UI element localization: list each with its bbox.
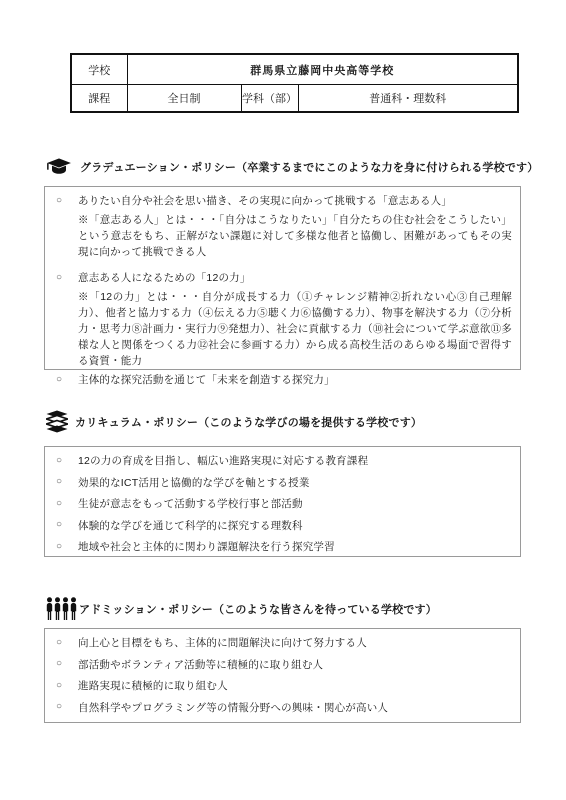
circle-bullet: ○ (56, 193, 78, 209)
policy-item: ○ 部活動やボランティア活動等に積極的に取り組む人 (45, 654, 520, 676)
policy-item-text: 自然科学やプログラミング等の情報分野への興味・関心が高い人 (78, 700, 388, 715)
curriculum-policy-heading: カリキュラム・ポリシー（このような学びの場を提供する学校です） (46, 410, 422, 434)
policy-item-text: 部活動やボランティア活動等に積極的に取り組む人 (78, 657, 323, 672)
policy-item-note: ※「意志ある人」とは・・・「自分はこうなりたい」「自分たちの住む社会をこうしたい… (78, 212, 512, 260)
school-policy-document: 学校 群馬県立藤岡中央高等学校 課程 全日制 学科（部） 普通科・理数科 グラデ… (0, 0, 566, 800)
course-value-cell: 全日制 (127, 85, 241, 113)
graduation-cap-icon (46, 158, 72, 175)
books-icon (46, 410, 68, 434)
department-value-cell: 普通科・理数科 (298, 85, 518, 113)
policy-item: ○ 体験的な学びを通じて科学的に探究する理数科 (45, 515, 520, 537)
policy-item-text: 向上心と目標をもち、主体的に問題解決に向けて努力する人 (78, 635, 367, 650)
policy-item: ○ 効果的なICT活用と協働的な学びを軸とする授業 (45, 472, 520, 494)
school-info-table: 学校 群馬県立藤岡中央高等学校 課程 全日制 学科（部） 普通科・理数科 (70, 53, 519, 113)
policy-item: ○ 意志ある人になるための「12の力」 (45, 270, 520, 286)
circle-bullet: ○ (56, 270, 78, 286)
graduation-policy-box: ○ ありたい自分や社会を思い描き、その実現に向かって挑戦する「意志ある人」 ※「… (44, 186, 521, 370)
school-name-cell: 群馬県立藤岡中央高等学校 (127, 54, 518, 85)
policy-item-text: 意志ある人になるための「12の力」 (78, 270, 251, 286)
policy-item-text: ありたい自分や社会を思い描き、その実現に向かって挑戦する「意志ある人」 (78, 193, 452, 209)
section-title: アドミッション・ポリシー（このような皆さんを待っている学校です） (79, 601, 437, 617)
circle-bullet: ○ (56, 635, 78, 651)
curriculum-policy-box: ○ 12の力の育成を目指し、幅広い進路実現に対応する教育課程 ○ 効果的なICT… (44, 446, 521, 557)
graduation-policy-heading: グラデュエーション・ポリシー（卒業するまでにこのような力を身に付けられる学校です… (46, 158, 538, 175)
policy-item: ○ ありたい自分や社会を思い描き、その実現に向かって挑戦する「意志ある人」 (45, 193, 520, 209)
policy-item-text: 12の力の育成を目指し、幅広い進路実現に対応する教育課程 (78, 453, 368, 468)
people-icon (46, 597, 77, 621)
policy-item: ○ 自然科学やプログラミング等の情報分野への興味・関心が高い人 (45, 697, 520, 719)
policy-item: ○ 主体的な探究活動を通じて「未来を創造する探究力」 (45, 372, 520, 388)
policy-item: ○ 地域や社会と主体的に関わり課題解決を行う探究学習 (45, 536, 520, 558)
policy-item-text: 主体的な探究活動を通じて「未来を創造する探究力」 (78, 372, 335, 388)
circle-bullet: ○ (56, 474, 78, 490)
policy-item-note: ※「12の力」とは・・・自分が成長する力（①チャレンジ精神②折れない心③自己理解… (78, 289, 512, 369)
department-label-cell: 学科（部） (241, 85, 298, 113)
circle-bullet: ○ (56, 517, 78, 533)
course-label-cell: 課程 (71, 85, 127, 113)
policy-item-text: 効果的なICT活用と協働的な学びを軸とする授業 (78, 475, 310, 490)
circle-bullet: ○ (56, 372, 78, 388)
policy-item-text: 進路実現に積極的に取り組む人 (78, 678, 228, 693)
admission-policy-heading: アドミッション・ポリシー（このような皆さんを待っている学校です） (46, 597, 437, 621)
circle-bullet: ○ (56, 678, 78, 694)
table-row: 課程 全日制 学科（部） 普通科・理数科 (71, 85, 518, 113)
policy-item-text: 地域や社会と主体的に関わり課題解決を行う探究学習 (78, 539, 335, 554)
table-row: 学校 群馬県立藤岡中央高等学校 (71, 54, 518, 85)
policy-item: ○ 生徒が意志をもって活動する学校行事と部活動 (45, 493, 520, 515)
policy-item: ○ 12の力の育成を目指し、幅広い進路実現に対応する教育課程 (45, 450, 520, 472)
policy-item: ○ 向上心と目標をもち、主体的に問題解決に向けて努力する人 (45, 632, 520, 654)
circle-bullet: ○ (56, 496, 78, 512)
policy-item-text: 生徒が意志をもって活動する学校行事と部活動 (78, 496, 303, 511)
circle-bullet: ○ (56, 656, 78, 672)
circle-bullet: ○ (56, 539, 78, 555)
admission-policy-box: ○ 向上心と目標をもち、主体的に問題解決に向けて努力する人 ○ 部活動やボランテ… (44, 628, 521, 723)
circle-bullet: ○ (56, 699, 78, 715)
school-label-cell: 学校 (71, 54, 127, 85)
policy-item: ○ 進路実現に積極的に取り組む人 (45, 675, 520, 697)
section-title: グラデュエーション・ポリシー（卒業するまでにこのような力を身に付けられる学校です… (80, 159, 538, 175)
section-title: カリキュラム・ポリシー（このような学びの場を提供する学校です） (75, 414, 422, 430)
policy-item-text: 体験的な学びを通じて科学的に探究する理数科 (78, 518, 303, 533)
circle-bullet: ○ (56, 453, 78, 469)
